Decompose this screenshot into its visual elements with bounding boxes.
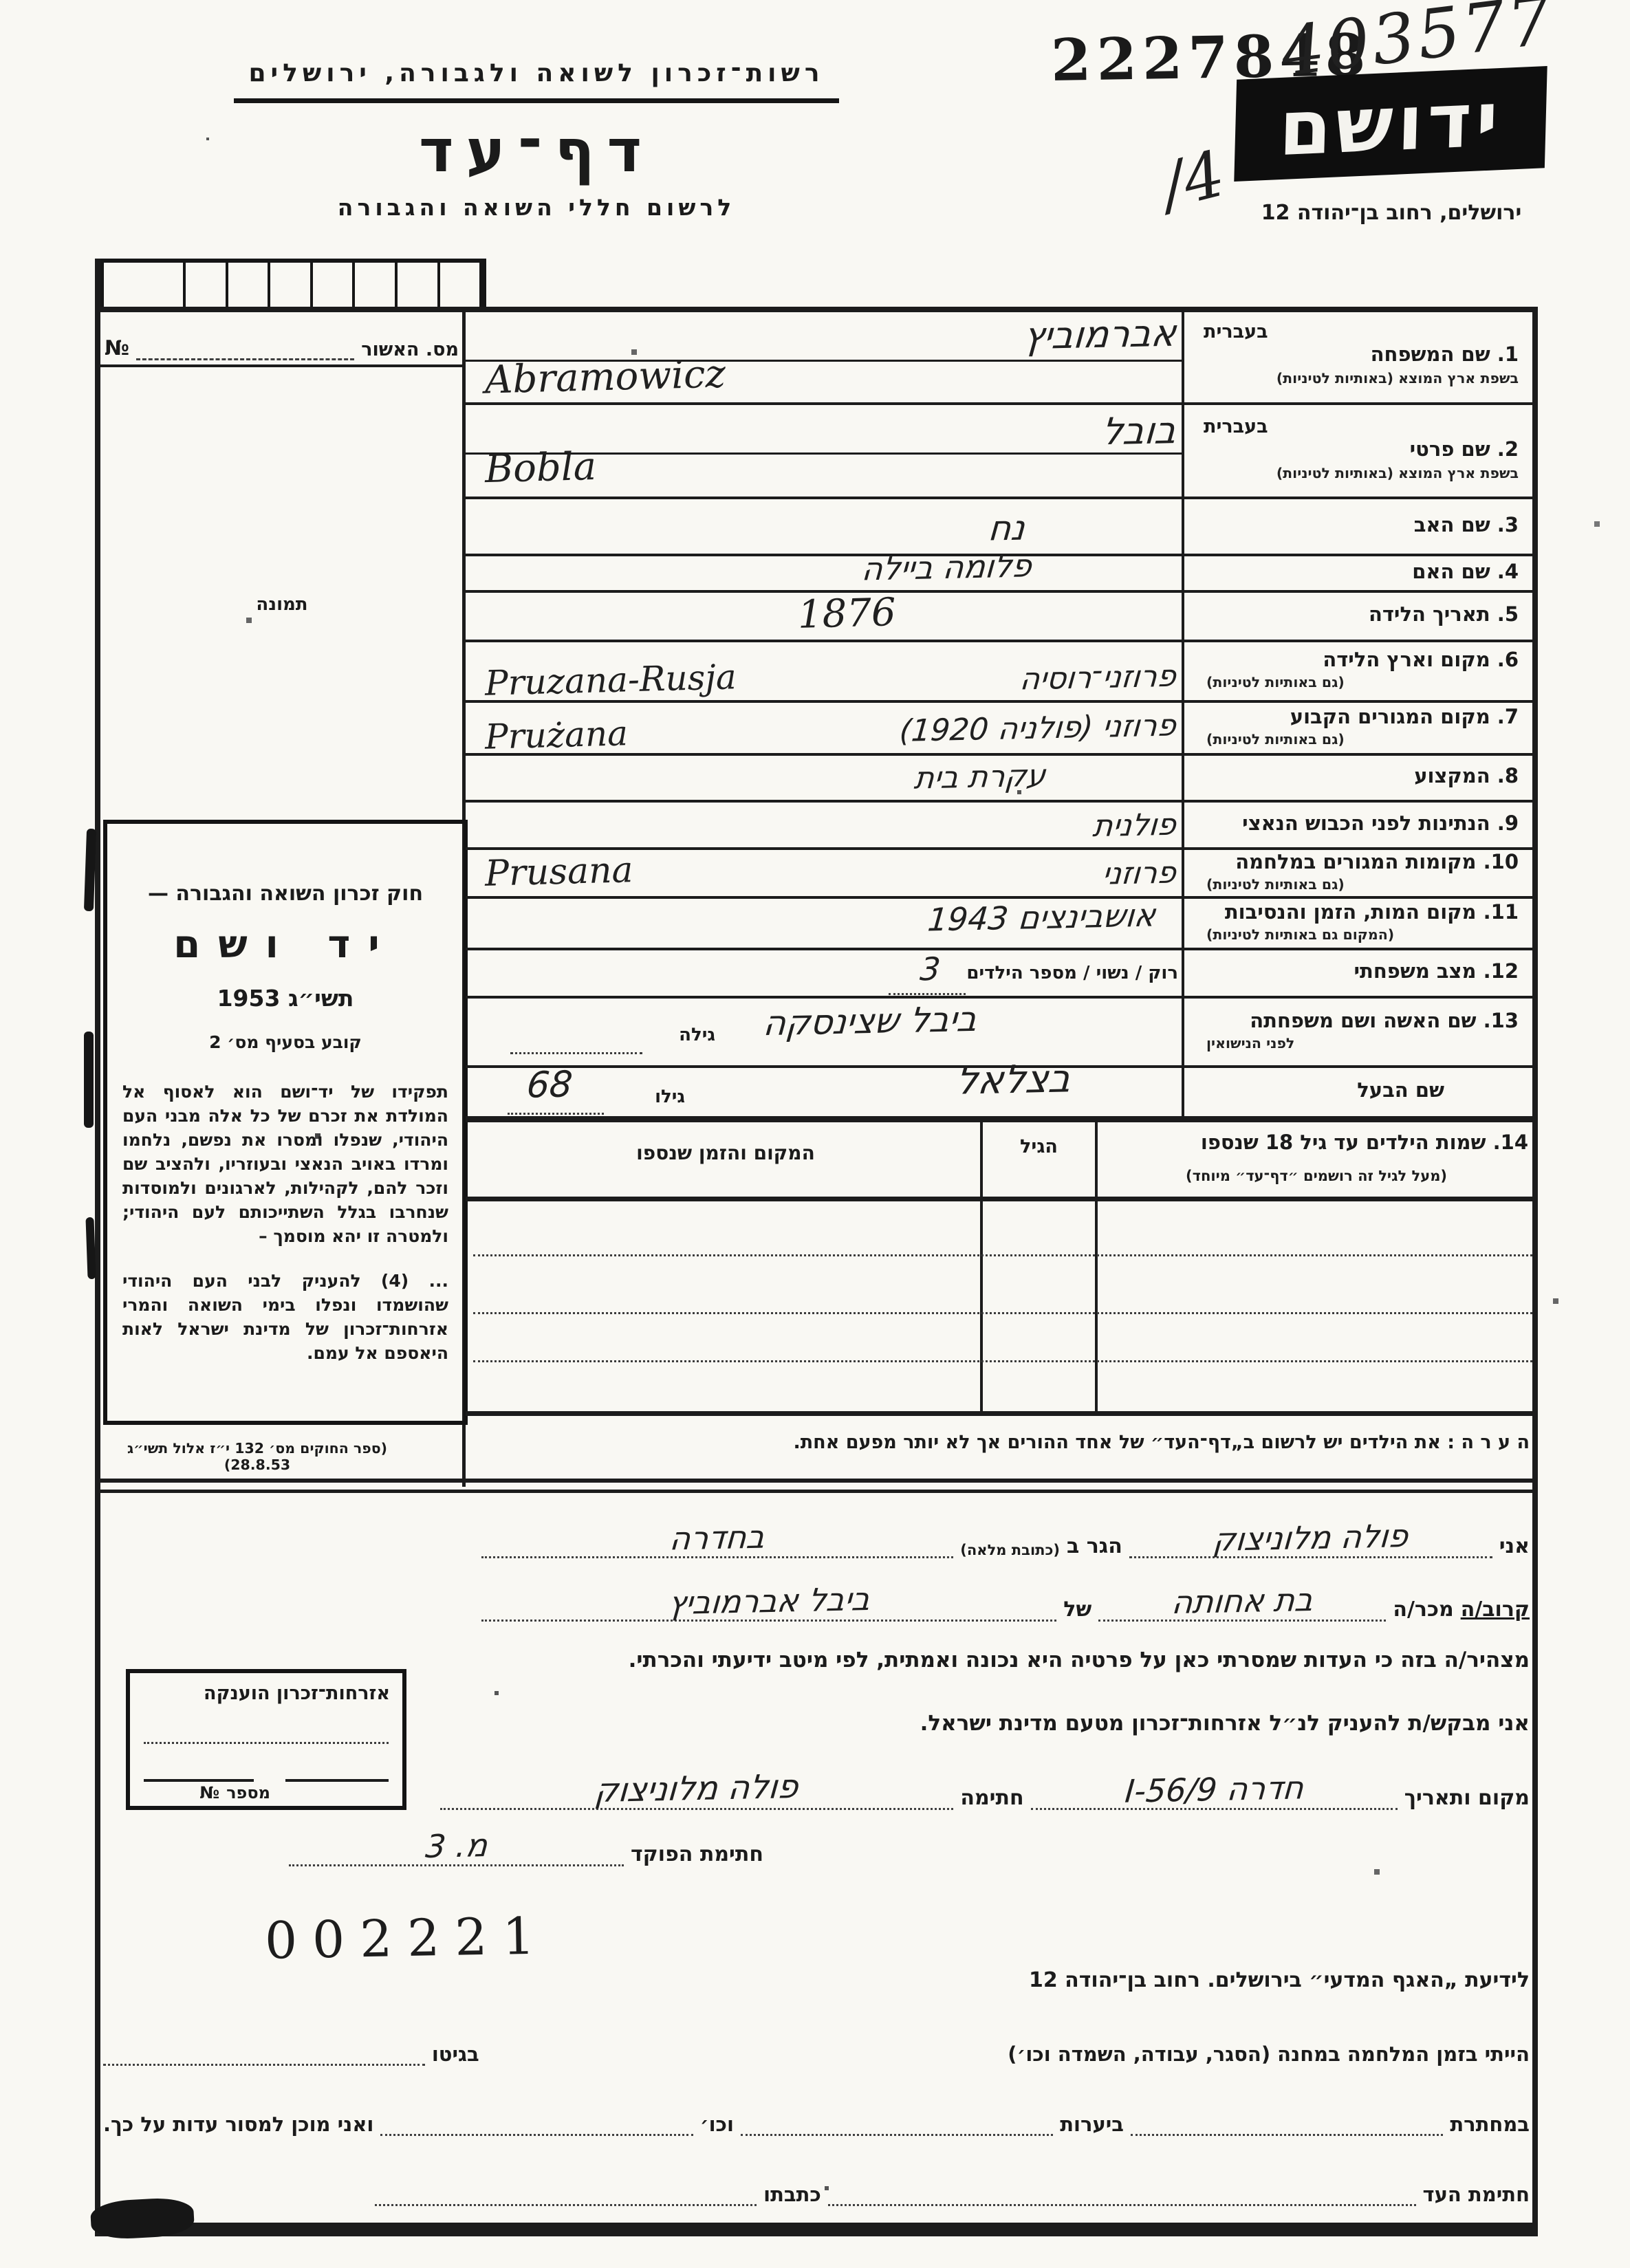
approval-divider [96, 364, 466, 367]
children-count-line [889, 968, 966, 995]
law-paragraph-2: ... (4) להעניק לבני העם היהודי שהושמדו ו… [122, 1269, 448, 1365]
field-label-12: 12. מצב משפחתי [1186, 948, 1527, 994]
citizenship-no-sign: № [199, 1783, 219, 1802]
field-label-9: 9. הנתינות לפני הכבוש הנאצי [1186, 800, 1527, 846]
table-header-place-time: המקום והזמן שנספו [475, 1142, 977, 1164]
declarant-row: אני פולה מלוניצוק הגר ב (כתובת מלאה) בחד… [481, 1510, 1530, 1558]
index-cell [144, 263, 186, 307]
approval-line [136, 358, 354, 360]
answer-war-residence-hebrew: פרוזני [1010, 855, 1177, 893]
declarant-name-line: פולה מלוניצוק [1129, 1519, 1492, 1558]
residence-line: בחדרה [481, 1519, 953, 1558]
answer-citizenship: פולנית [1017, 807, 1177, 846]
scan-artifact [84, 1032, 94, 1128]
declaration-statement: מצהיר/ה בזה כי העדות שמסרתי כאן על פרטיה… [481, 1648, 1530, 1672]
answer-family-name-hebrew: אברמוביץ [947, 311, 1177, 359]
answer-death-place-time: אושבינצים 1943 [728, 896, 1157, 942]
law-year: תשי״ג 1953 [122, 985, 448, 1012]
form-title: דף־עד [234, 117, 839, 186]
form-border-right [1532, 307, 1538, 2236]
wife-age-label: גילה [646, 1025, 715, 1045]
answer-residence-hebrew: פרוזני (פולניה 1920) [741, 708, 1177, 752]
law-name: יד ושם [122, 922, 448, 967]
victim-name-handwriting: ביבל אברמוביץ [666, 1580, 871, 1622]
declarant-name-handwriting: פולה מלוניצוק [1212, 1517, 1410, 1558]
index-cell [270, 263, 313, 307]
answer-father-name: נח [927, 508, 1027, 549]
table-header-age: הגיל [983, 1136, 1095, 1157]
wife-age-line [510, 1027, 642, 1054]
answer-war-residence-latin: Prusana [484, 849, 633, 895]
approval-no-sign: № [105, 336, 129, 360]
law-clause: קובע בסעיף מס׳ 2 [122, 1032, 448, 1052]
form-border-bottom [95, 2223, 1538, 2236]
card-index-strip [100, 259, 486, 311]
serial-number-stamp: 002221 [264, 1906, 550, 1970]
citizenship-line [285, 1779, 389, 1782]
underground-line [1131, 2134, 1443, 2136]
relation-line: בת אחותה [1098, 1582, 1386, 1622]
table-header-divider [466, 1197, 1532, 1201]
husband-age-line [508, 1088, 604, 1115]
answer-birth-place-hebrew: פרוזני־רוסיה [893, 659, 1177, 700]
etc-label: וכו׳ [700, 2113, 734, 2136]
table-column-divider [980, 1122, 983, 1413]
approval-label: מס. האשור [361, 339, 459, 360]
citizenship-number-label: מספר [226, 1783, 270, 1802]
law-box: חוק זכרון השואה והגבורה — יד ושם תשי״ג 1… [103, 820, 468, 1425]
page-fraction: /4 [1154, 137, 1232, 223]
table-column-divider [1095, 1122, 1098, 1413]
index-cell [398, 263, 440, 307]
war-camp-label: הייתי בזמן המלחמה במחנה (הסגר, עבודה, הש… [1008, 2042, 1530, 2066]
answer-birth-date: 1876 [797, 590, 896, 637]
field-label-5: 5. תאריך הלידה [1186, 590, 1527, 638]
table-header-children-sub: (מעל לגיל זה רושמים ״דף־עד״ מיוחד) [1105, 1168, 1528, 1184]
logo-text: ידושם [1278, 75, 1503, 173]
forests-label: ביערות [1060, 2113, 1124, 2136]
citizenship-line [144, 1779, 254, 1782]
relative-label: קרוב/ה [1461, 1598, 1530, 1622]
memorial-citizenship-title: אזרחות־זכרון הוענקה [130, 1673, 402, 1704]
section-divider [96, 1479, 1538, 1483]
relation-row: קרוב/ה מכר/ה בת אחותה של ביבל אברמוביץ [481, 1573, 1530, 1622]
forests-line [741, 2134, 1053, 2136]
page-of-testimony-scan: רשות־זכרון לשואה ולגבורה, ירושלים דף־עד … [0, 0, 1630, 2268]
children-note: ה ע ר ה : את הילדים יש לרשום ב„דף־העד״ ש… [481, 1432, 1530, 1453]
citizenship-number-row: מספר № [146, 1783, 270, 1802]
residence-handwriting: בחדרה [669, 1518, 766, 1558]
witness-signature-line [828, 2204, 1416, 2206]
field-label-6: 6. מקום וארץ הלידה (גם באותיות לטיניות) [1186, 640, 1527, 699]
marital-status-options: רוק / נשוי / מספר הילדים [959, 963, 1178, 983]
index-cell [355, 263, 398, 307]
underground-label: במחתרת [1450, 2113, 1530, 2136]
table-header-children: 14. שמות הילדים עד גיל 18 שנספו [1105, 1131, 1528, 1154]
field-label-11: 11. מקום המות, הזמן והנסיבות (המקום גם ב… [1186, 896, 1527, 946]
field-label-3: 3. שם האב [1186, 497, 1527, 552]
field-label-1: בעברית 1. שם המשפחה בשפת ארץ המוצא (באות… [1186, 307, 1527, 401]
answer-residence-latin: Prużana [484, 713, 628, 756]
logo-address: ירושלים, רחוב בן־יהודה 12 [1230, 201, 1553, 225]
answer-first-name-hebrew: בובל [1043, 408, 1177, 455]
witness-signature-row: חתימת העד כתבתו [103, 2166, 1530, 2206]
official-signature-handwriting: מ. 3 [424, 1827, 488, 1865]
husband-age-label: גילו [616, 1087, 685, 1107]
table-row-line [473, 1228, 1532, 1256]
org-title: רשות־זכרון לשואה ולגבורה, ירושלים [234, 59, 839, 103]
answer-husband-name: בצלאל [954, 1056, 1072, 1104]
field-label-13: 13. שם האשה ושם משפחתה לפני הנישואין [1186, 996, 1527, 1064]
table-row-line [473, 1286, 1532, 1314]
answer-mother-name: פלומה ביילה [721, 547, 1033, 591]
law-paragraph-1: תפקידו של יד־ושם הוא לאסוף אל המולדת את … [122, 1080, 448, 1248]
answer-wife-name: ביבל שצינסקה [762, 999, 979, 1044]
signature-label: חתימה [960, 1786, 1023, 1810]
scan-noise [206, 138, 209, 140]
signature-handwriting: פולה מלוניצוק [594, 1767, 800, 1810]
photo-placeholder-label: תמונה [206, 594, 358, 615]
approval-number-row: מס. האשור № [105, 325, 459, 360]
ghetto-label: בגיטו [432, 2042, 479, 2066]
official-signature-label: חתימת הפוקד [631, 1842, 763, 1866]
field-label-10: 10. מקומות המגורים במלחמה (גם באותיות לט… [1186, 847, 1527, 895]
citizenship-request: אני מבקש/ת להעניק לנ״ל אזרחות־זכרון מטעם… [481, 1711, 1530, 1736]
relation-handwriting: בת אחותה [1170, 1581, 1314, 1621]
index-cell [440, 263, 483, 307]
field-label-8: 8. המקצוע [1186, 753, 1527, 798]
section-divider [96, 1490, 1538, 1493]
field-label-4: 4. שם האם [1186, 554, 1527, 589]
place-date-line: חדרה 9/I-56 [1031, 1771, 1398, 1810]
field-label-husband: שם הבעל [1186, 1065, 1527, 1115]
declarant-i-label: אני [1499, 1534, 1530, 1558]
header-block: רשות־זכרון לשואה ולגבורה, ירושלים דף־עד … [234, 59, 839, 221]
victim-name-line: ביבל אברמוביץ [481, 1582, 1056, 1622]
resides-label: הגר ב [1067, 1534, 1122, 1558]
field-label-2: בעברית 2. שם פרטי בשפת ארץ המוצא (באותיו… [1186, 402, 1527, 495]
underground-row: במחתרת ביערות וכו׳ ואני מוכן למסור עדות … [103, 2096, 1530, 2136]
place-date-label: מקום ותאריך [1404, 1786, 1530, 1810]
yad-vashem-logo-stamp: ידושם [1234, 66, 1547, 182]
index-cell [313, 263, 356, 307]
citizenship-line [144, 1739, 389, 1744]
etc-line [380, 2134, 693, 2136]
war-camp-row: הייתי בזמן המלחמה במחנה (הסגר, עבודה, הש… [103, 2026, 1530, 2066]
full-address-label: (כתובת מלאה) [960, 1542, 1060, 1558]
answer-family-name-latin: Abramowicz [484, 351, 726, 402]
form-subtitle: לרשום חללי השואה והגבורה [234, 194, 839, 221]
witness-address-line [375, 2204, 757, 2206]
table-top-border [466, 1116, 1532, 1122]
signature-line: פולה מלוניצוק [440, 1769, 953, 1810]
index-cell [228, 263, 271, 307]
place-date-handwriting: חדרה 9/I-56 [1123, 1769, 1305, 1810]
official-signature-line: מ. 3 [289, 1827, 624, 1866]
signature-row: מקום ותאריך חדרה 9/I-56 חתימה פולה מלוני… [440, 1758, 1530, 1810]
index-cell [104, 263, 144, 307]
ghetto-line [103, 2064, 425, 2066]
table-bottom-border [466, 1411, 1532, 1416]
answer-first-name-latin: Bobla [484, 444, 597, 492]
scientific-branch-info: לידיעת „האגף המדעי״ בירושלים. רחוב בן־יה… [825, 1968, 1530, 1992]
index-cell [186, 263, 228, 307]
memorial-citizenship-box: אזרחות־זכרון הוענקה מספר № [126, 1669, 406, 1810]
answer-birth-place-latin: Pruzana-Rusja [484, 657, 737, 704]
table-row-line [473, 1334, 1532, 1362]
answer-profession: עקרת בית [817, 758, 1047, 798]
official-signature-row: חתימת הפוקד מ. 3 [289, 1821, 763, 1866]
witness-signature-label: חתימת העד [1423, 2183, 1530, 2206]
acquaintance-label: מכר/ה [1393, 1598, 1453, 1622]
witness-address-label: כתבתו [763, 2183, 821, 2206]
law-source: (ספר החוקים מס׳ 132 י״ז אלול תשי״ג 28.8.… [102, 1440, 413, 1473]
law-title: חוק זכרון השואה והגבורה — [122, 882, 448, 906]
willing-testimony-label: ואני מוכן למסור עדות על כך. [103, 2113, 373, 2136]
form-border-left [95, 259, 100, 2235]
of-label: של [1063, 1598, 1091, 1622]
field-label-7: 7. מקום המגורים הקבוע (גם באותיות לטיניו… [1186, 700, 1527, 752]
